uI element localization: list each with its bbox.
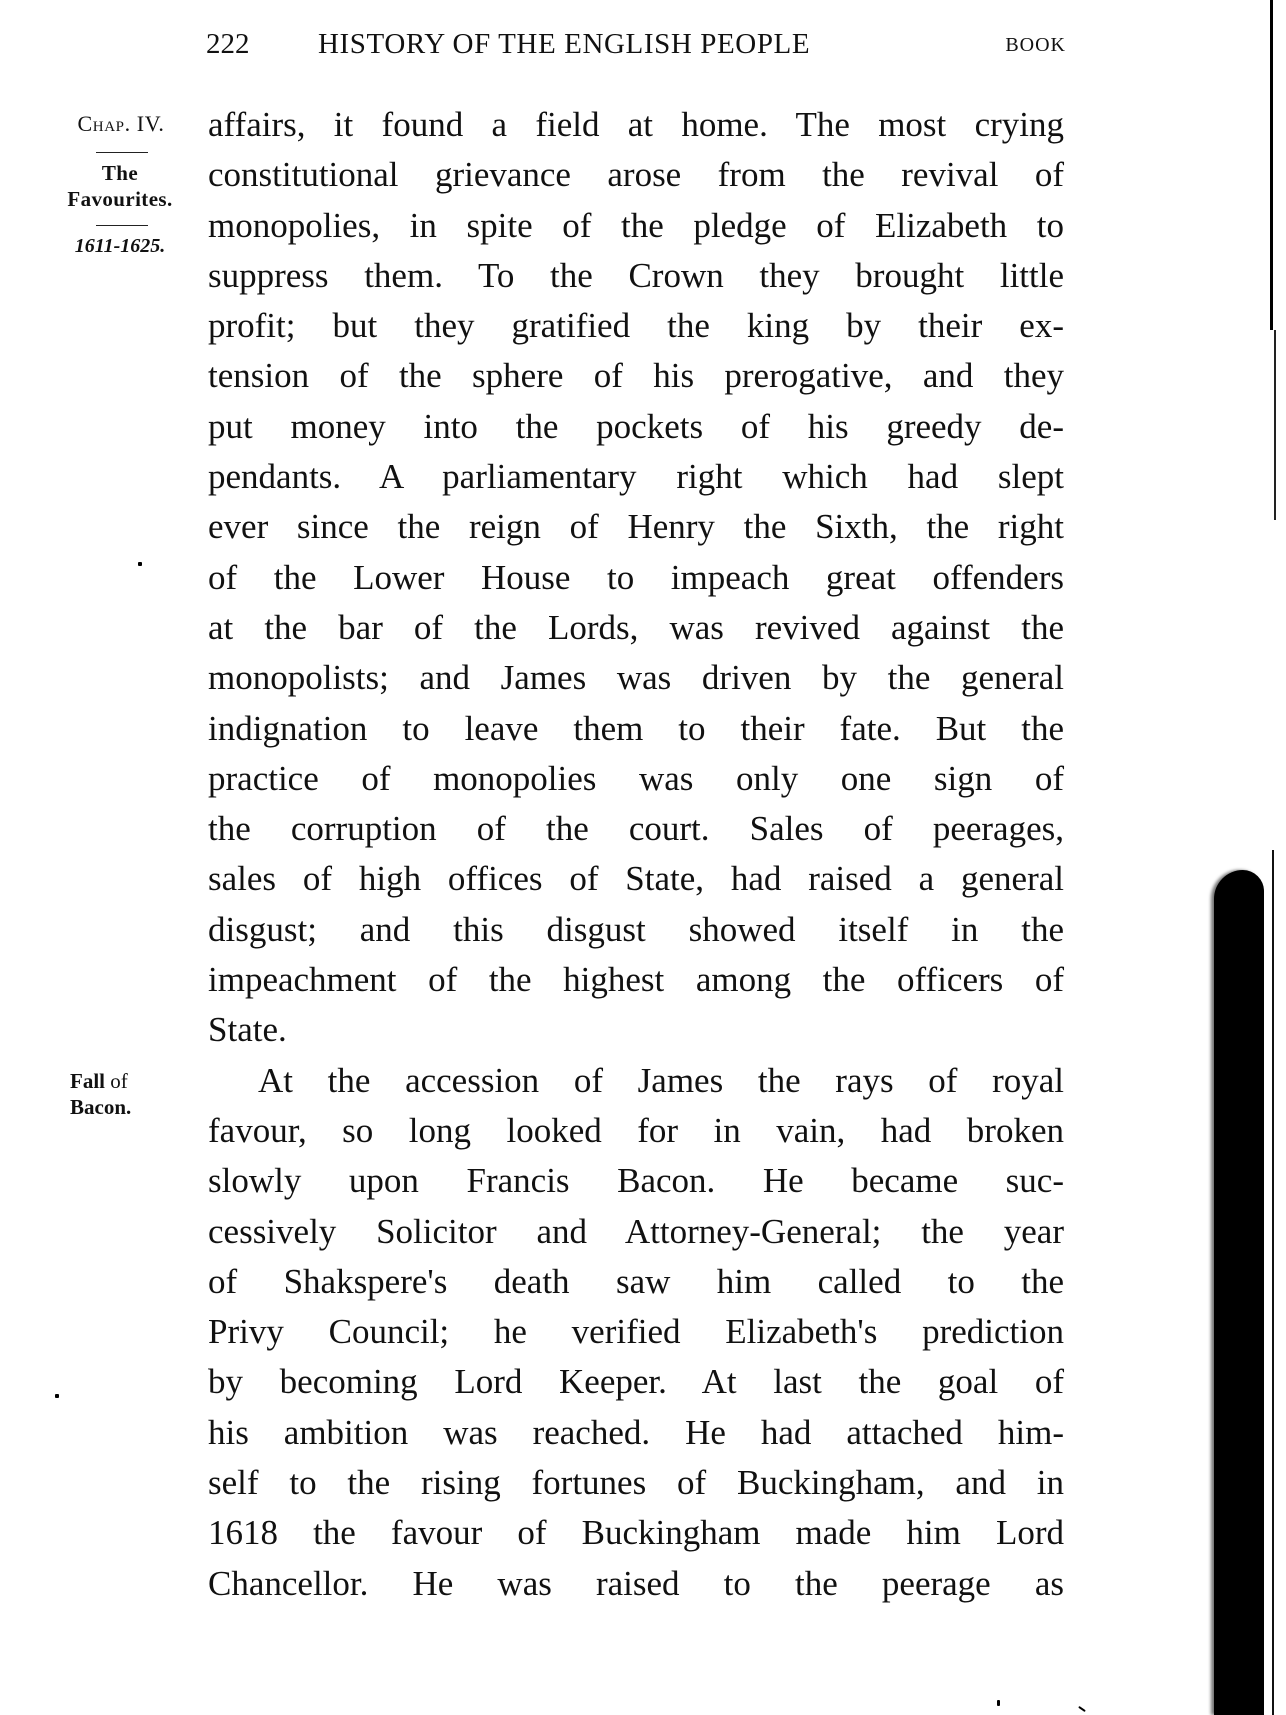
text-line: his ambition was reached. He had attache… (208, 1408, 1064, 1458)
scan-speck (138, 562, 142, 566)
text-line: tension of the sphere of his prerogative… (208, 351, 1064, 401)
paragraph-start-line: At the accession of James the rays of ro… (208, 1056, 1064, 1106)
scan-speck (55, 1394, 59, 1398)
of-word: of (105, 1069, 128, 1093)
section-sidenote-line2: Favourites. (40, 186, 200, 212)
text-line: disgust; and this disgust showed itself … (208, 905, 1064, 955)
text-line: profit; but they gratified the king by t… (208, 301, 1064, 351)
text-line: pendants. A parliamentary right which ha… (208, 452, 1064, 502)
text-line: sales of high offices of State, had rais… (208, 854, 1064, 904)
section-sidenote-line1: The (40, 160, 200, 186)
text-line: ever since the reign of Henry the Sixth,… (208, 502, 1064, 552)
text-line: at the bar of the Lords, was revived aga… (208, 603, 1064, 653)
paragraph-end-line: State. (208, 1005, 1064, 1055)
scan-speck (997, 1700, 1000, 1706)
text-line: favour, so long looked for in vain, had … (208, 1106, 1064, 1156)
fall-word: Fall (70, 1069, 105, 1093)
text-line: monopolies, in spite of the pledge of El… (208, 201, 1064, 251)
text-line: Chancellor. He was raised to the peerage… (208, 1559, 1064, 1609)
text-line: 1618 the favour of Buckingham made him L… (208, 1508, 1064, 1558)
text-line: monopolists; and James was driven by the… (208, 653, 1064, 703)
text-line: cessively Solicitor and Attorney-General… (208, 1207, 1064, 1257)
text-line: by becoming Lord Keeper. At last the goa… (208, 1357, 1064, 1407)
text-line: Privy Council; he verified Elizabeth's p… (208, 1307, 1064, 1357)
text-line: put money into the pockets of his greedy… (208, 402, 1064, 452)
page-edge-line (1272, 850, 1274, 1715)
fall-of-bacon-sidenote: Fall of Bacon. (70, 1068, 180, 1120)
book-label: BOOK (1005, 34, 1066, 57)
page-edge-line (1270, 0, 1273, 330)
page-number: 222 (206, 28, 250, 61)
text-line: the corruption of the court. Sales of pe… (208, 804, 1064, 854)
body-text: affairs, it found a field at home. The m… (208, 100, 1064, 1609)
page-edge-line (1274, 330, 1276, 520)
text-line: impeachment of the highest among the off… (208, 955, 1064, 1005)
text-line: affairs, it found a field at home. The m… (208, 100, 1064, 150)
section-sidenote: The Favourites. (40, 160, 200, 212)
scan-speck (1078, 1706, 1086, 1712)
book-page: 222 HISTORY OF THE ENGLISH PEOPLE BOOK C… (0, 0, 1286, 1715)
text-line: indignation to leave them to their fate.… (208, 704, 1064, 754)
fall-sidenote-line1: Fall of (70, 1068, 180, 1094)
text-line: suppress them. To the Crown they brought… (208, 251, 1064, 301)
running-header: 222 HISTORY OF THE ENGLISH PEOPLE BOOK (206, 24, 1066, 64)
text-line: of Shakspere's death saw him called to t… (208, 1257, 1064, 1307)
text-line: self to the rising fortunes of Buckingha… (208, 1458, 1064, 1508)
sidenote-divider (96, 152, 148, 153)
chapter-sidenote: Chap. IV. (56, 112, 186, 135)
sidenote-divider (96, 225, 148, 226)
scan-shadow (1214, 870, 1264, 1715)
text-line: practice of monopolies was only one sign… (208, 754, 1064, 804)
text-line: slowly upon Francis Bacon. He became suc… (208, 1156, 1064, 1206)
text-line: of the Lower House to impeach great offe… (208, 553, 1064, 603)
fall-sidenote-line2: Bacon. (70, 1094, 180, 1120)
dates-sidenote: 1611-1625. (50, 236, 190, 257)
running-title: HISTORY OF THE ENGLISH PEOPLE (318, 28, 810, 61)
text-line: constitutional grievance arose from the … (208, 150, 1064, 200)
